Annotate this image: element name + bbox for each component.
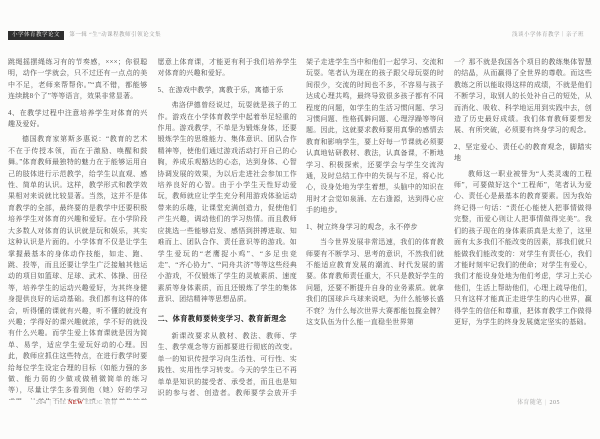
numbered-subheading: 5、在游戏中教学，寓教于乐，寓德于乐	[158, 85, 298, 96]
brand-suffix-text: EDUC 教育	[83, 400, 117, 406]
section-heading: 二、体育教师要转变学习、教育新理念	[158, 314, 298, 325]
column-label: 体育随笔	[517, 400, 542, 406]
right-page-footer: 体育随笔|205	[517, 399, 560, 407]
paragraph: 跳绳摇摆绳练习有的节奏感，×××；你很聪明，动作一学就会，只不过还有一点点的美中…	[8, 57, 148, 103]
text-column: 跳绳摇摆绳练习有的节奏感，×××；你很聪明，动作一学就会，只不过还有一点点的美中…	[8, 57, 148, 400]
page-number-left: 204	[36, 400, 47, 406]
text-column: 架子走进学生当中和他们一起学习、交流和玩耍。笔者认为现在的孩子跟父母玩耍的时间很…	[306, 57, 444, 400]
page-left: 小学体育教学论文 第一辑 “生”动课程教师引领论文集 跳绳摇摆绳练习有的节奏感，…	[8, 30, 297, 410]
paragraph: 当今世界发展非常迅速，我们的体育教师要有不断学习、思考的意识，不然我们就不能适应…	[306, 237, 444, 328]
numbered-subheading: 4、在教学过程中注意培养学生对体育的兴趣及爱好。	[8, 108, 148, 131]
paragraph: 愿意上体育课，才能更有利于我们培养学生对体育的兴趣和爱好。	[158, 57, 298, 80]
book-spread: 小学体育教学论文 第一辑 “生”动课程教师引领论文集 跳绳摇摆绳练习有的节奏感，…	[0, 0, 600, 439]
footer-divider: |	[50, 400, 51, 406]
series-caption: 第一辑 “生”动课程教师引领论文集	[69, 32, 161, 38]
left-page-footer: 204|THE NEW EDUC 教育	[36, 399, 117, 407]
paragraph: 教师这一职业被誉为“人类灵魂的工程师”，可要做好这个“工程师”，笔者认为爱心、责…	[454, 169, 592, 329]
series-badge: 小学体育教学论文	[8, 31, 64, 40]
article-caption: 浅谈小学体育教学｜亲子班	[512, 32, 584, 38]
numbered-subheading: 1、树立终身学习的观念，永不停步	[306, 222, 444, 233]
right-page-header: 浅谈小学体育教学｜亲子班	[306, 30, 592, 41]
text-column: 愿意上体育课，才能更有利于我们培养学生对体育的兴趣和爱好。5、在游戏中教学，寓教…	[158, 57, 298, 400]
brand-accent-text: NEW	[68, 400, 83, 406]
numbered-subheading: 2、坚定爱心、责任心的教育观念，脚踏实地	[454, 142, 592, 165]
left-page-header: 小学体育教学论文 第一辑 “生”动课程教师引领论文集	[8, 30, 297, 41]
paragraph: 架子走进学生当中和他们一起学习、交流和玩耍。笔者认为现在的孩子跟父母玩耍的时间很…	[306, 57, 444, 217]
page-number-right: 205	[550, 400, 561, 406]
paragraph: 德国教育家第斯多惠说：“教育的艺术不在于传授本领，而在于激励、唤醒和鼓舞。”体育…	[8, 134, 148, 400]
paragraph: 弗洛伊德曾经说过，玩耍就是孩子的工作。游戏在小学体育教学中起着举足轻重的作用。游…	[158, 100, 298, 305]
text-column: 一？那不就是我国各个项目的教练集体智慧的结晶，从而赢得了全世界的尊敬。而这些教练…	[454, 57, 592, 400]
right-page-columns: 架子走进学生当中和他们一起学习、交流和玩耍。笔者认为现在的孩子跟父母玩耍的时间很…	[306, 57, 592, 400]
left-page-columns: 跳绳摇摆绳练习有的节奏感，×××；你很聪明，动作一学就会，只不过还有一点点的美中…	[8, 57, 297, 400]
brand-text: THE	[54, 400, 68, 406]
footer-divider: |	[545, 400, 546, 406]
page-right: 浅谈小学体育教学｜亲子班 架子走进学生当中和他们一起学习、交流和玩耍。笔者认为现…	[306, 30, 592, 410]
paragraph: 一？那不就是我国各个项目的教练集体智慧的结晶，从而赢得了全世界的尊敬。而这些教练…	[454, 57, 592, 137]
paragraph: 新课改要求从教材、教法、教师、学生、教学观念等方面都要进行彻底的改变。单一的知识…	[158, 331, 298, 400]
